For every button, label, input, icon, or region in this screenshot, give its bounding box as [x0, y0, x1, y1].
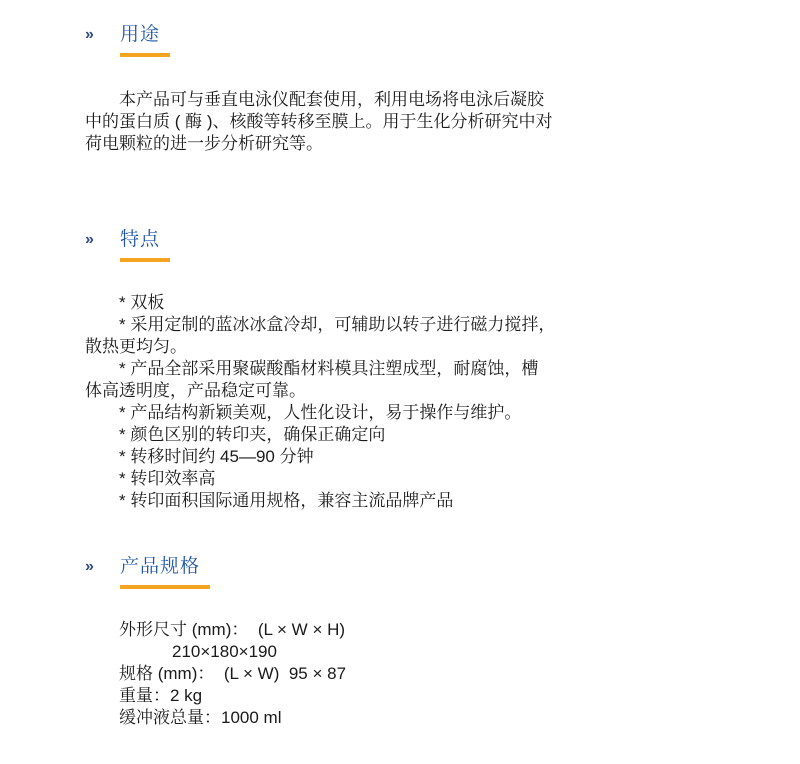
text-line: * 采用定制的蓝冰冰盒冷却，可辅助以转子进行磁力搅拌，	[85, 314, 730, 336]
text-line: 散热更均匀。	[85, 336, 730, 358]
text-line: 荷电颗粒的进一步分析研究等。	[85, 133, 730, 155]
content-area: » 用途 本产品可与垂直电泳仪配套使用，利用电场将电泳后凝胶中的蛋白质 ( 酶 …	[0, 0, 800, 764]
section-marker-icon: »	[85, 554, 120, 580]
text-line: 重量：2 kg	[85, 685, 730, 707]
section-specs: » 产品规格 外形尺寸 (mm)： (L × W × H)210×180×190…	[85, 554, 730, 729]
text-line: 本产品可与垂直电泳仪配套使用，利用电场将电泳后凝胶	[85, 89, 730, 111]
text-line: 体高透明度，产品稳定可靠。	[85, 380, 730, 402]
section-content: 外形尺寸 (mm)： (L × W × H)210×180×190规格 (mm)…	[85, 619, 730, 729]
section-header: » 用途	[85, 22, 730, 57]
section-title: 特点	[120, 227, 170, 262]
text-line: * 转移时间约 45—90 分钟	[85, 446, 730, 468]
text-line: 规格 (mm)： (L × W) 95 × 87	[85, 663, 730, 685]
section-marker-icon: »	[85, 22, 120, 48]
text-line: * 双板	[85, 292, 730, 314]
text-line: * 转印效率高	[85, 468, 730, 490]
text-line: 缓冲液总量：1000 ml	[85, 707, 730, 729]
section-usage: » 用途 本产品可与垂直电泳仪配套使用，利用电场将电泳后凝胶中的蛋白质 ( 酶 …	[85, 22, 730, 155]
section-content: 本产品可与垂直电泳仪配套使用，利用电场将电泳后凝胶中的蛋白质 ( 酶 )、核酸等…	[85, 89, 730, 155]
text-line: * 产品结构新颖美观，人性化设计，易于操作与维护。	[85, 402, 730, 424]
section-marker-icon: »	[85, 227, 120, 253]
section-header: » 特点	[85, 227, 730, 262]
section-title: 产品规格	[120, 554, 210, 589]
section-content: * 双板* 采用定制的蓝冰冰盒冷却，可辅助以转子进行磁力搅拌，散热更均匀。* 产…	[85, 292, 730, 512]
text-line: 210×180×190	[85, 641, 730, 663]
text-line: * 产品全部采用聚碳酸酯材料模具注塑成型，耐腐蚀，槽	[85, 358, 730, 380]
section-features: » 特点 * 双板* 采用定制的蓝冰冰盒冷却，可辅助以转子进行磁力搅拌，散热更均…	[85, 227, 730, 512]
section-header: » 产品规格	[85, 554, 730, 589]
section-title: 用途	[120, 22, 170, 57]
text-line: * 转印面积国际通用规格，兼容主流品牌产品	[85, 490, 730, 512]
text-line: 外形尺寸 (mm)： (L × W × H)	[85, 619, 730, 641]
text-line: * 颜色区别的转印夹，确保正确定向	[85, 424, 730, 446]
text-line: 中的蛋白质 ( 酶 )、核酸等转移至膜上。用于生化分析研究中对	[85, 111, 730, 133]
